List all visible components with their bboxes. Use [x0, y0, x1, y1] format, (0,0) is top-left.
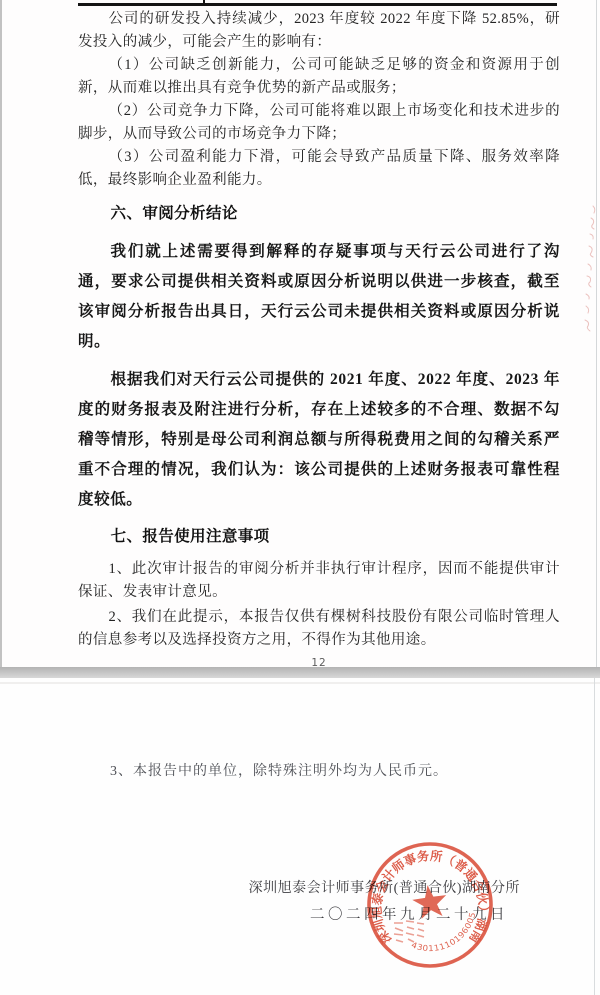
page-2	[0, 678, 600, 995]
table-column-tick	[203, 0, 205, 3]
unit-note: 3、本报告中的单位，除特殊注明外均为人民币元。	[110, 760, 448, 780]
section-6-heading: 六、审阅分析结论	[78, 202, 560, 225]
page1-body: 公司的研发投入持续减少，2023 年度较 2022 年度下降 52.85%，研发…	[78, 8, 560, 675]
page-divider	[0, 667, 600, 678]
page-1: 公司的研发投入持续减少，2023 年度较 2022 年度下降 52.85%，研发…	[0, 0, 600, 667]
paragraph-conclusion: 根据我们对天行云公司提供的 2021 年度、2022 年度、2023 年度的财务…	[78, 365, 560, 515]
paragraph-note-1: 1、此次审计报告的审阅分析并非执行审计程序，因而不能提供审计保证、发表审计意见。	[78, 558, 560, 604]
section-7-heading: 七、报告使用注意事项	[78, 525, 560, 548]
official-seal: 深圳旭泰会计师事务所（普通合伙）湖南分所 43011110196005	[364, 839, 496, 971]
seal-serial-number: 43011110196005	[410, 911, 477, 953]
seal-overprint	[394, 921, 424, 942]
paragraph-impact-1: （1）公司缺乏创新能力，公司可能缺乏足够的资金和资源用于创新，从而难以推出具有竞…	[78, 54, 560, 100]
seal-star-icon	[411, 883, 449, 920]
paragraph-rd-decline: 公司的研发投入持续减少，2023 年度较 2022 年度下降 52.85%，研发…	[78, 8, 560, 54]
margin-annotation-marks	[583, 204, 598, 340]
page2-top-scan-streak	[0, 682, 600, 684]
paragraph-impact-3: （3）公司盈利能力下滑，可能会导致产品质量下降、服务效率降低，最终影响企业盈利能…	[78, 146, 560, 192]
paragraph-note-2: 2、我们在此提示，本报告仅供有棵树科技股份有限公司临时管理人的信息参考以及选择投…	[78, 606, 560, 652]
page2-right-scan-edge	[594, 678, 595, 995]
table-bottom-border	[78, 3, 557, 6]
page1-left-scan-edge	[0, 0, 2, 667]
paragraph-impact-2: （2）公司竞争力下降，公司可能将难以跟上市场变化和技术进步的脚步，从而导致公司的…	[78, 100, 560, 146]
paragraph-communication: 我们就上述需要得到解释的存疑事项与天行云公司进行了沟通，要求公司提供相关资料或原…	[78, 237, 560, 357]
